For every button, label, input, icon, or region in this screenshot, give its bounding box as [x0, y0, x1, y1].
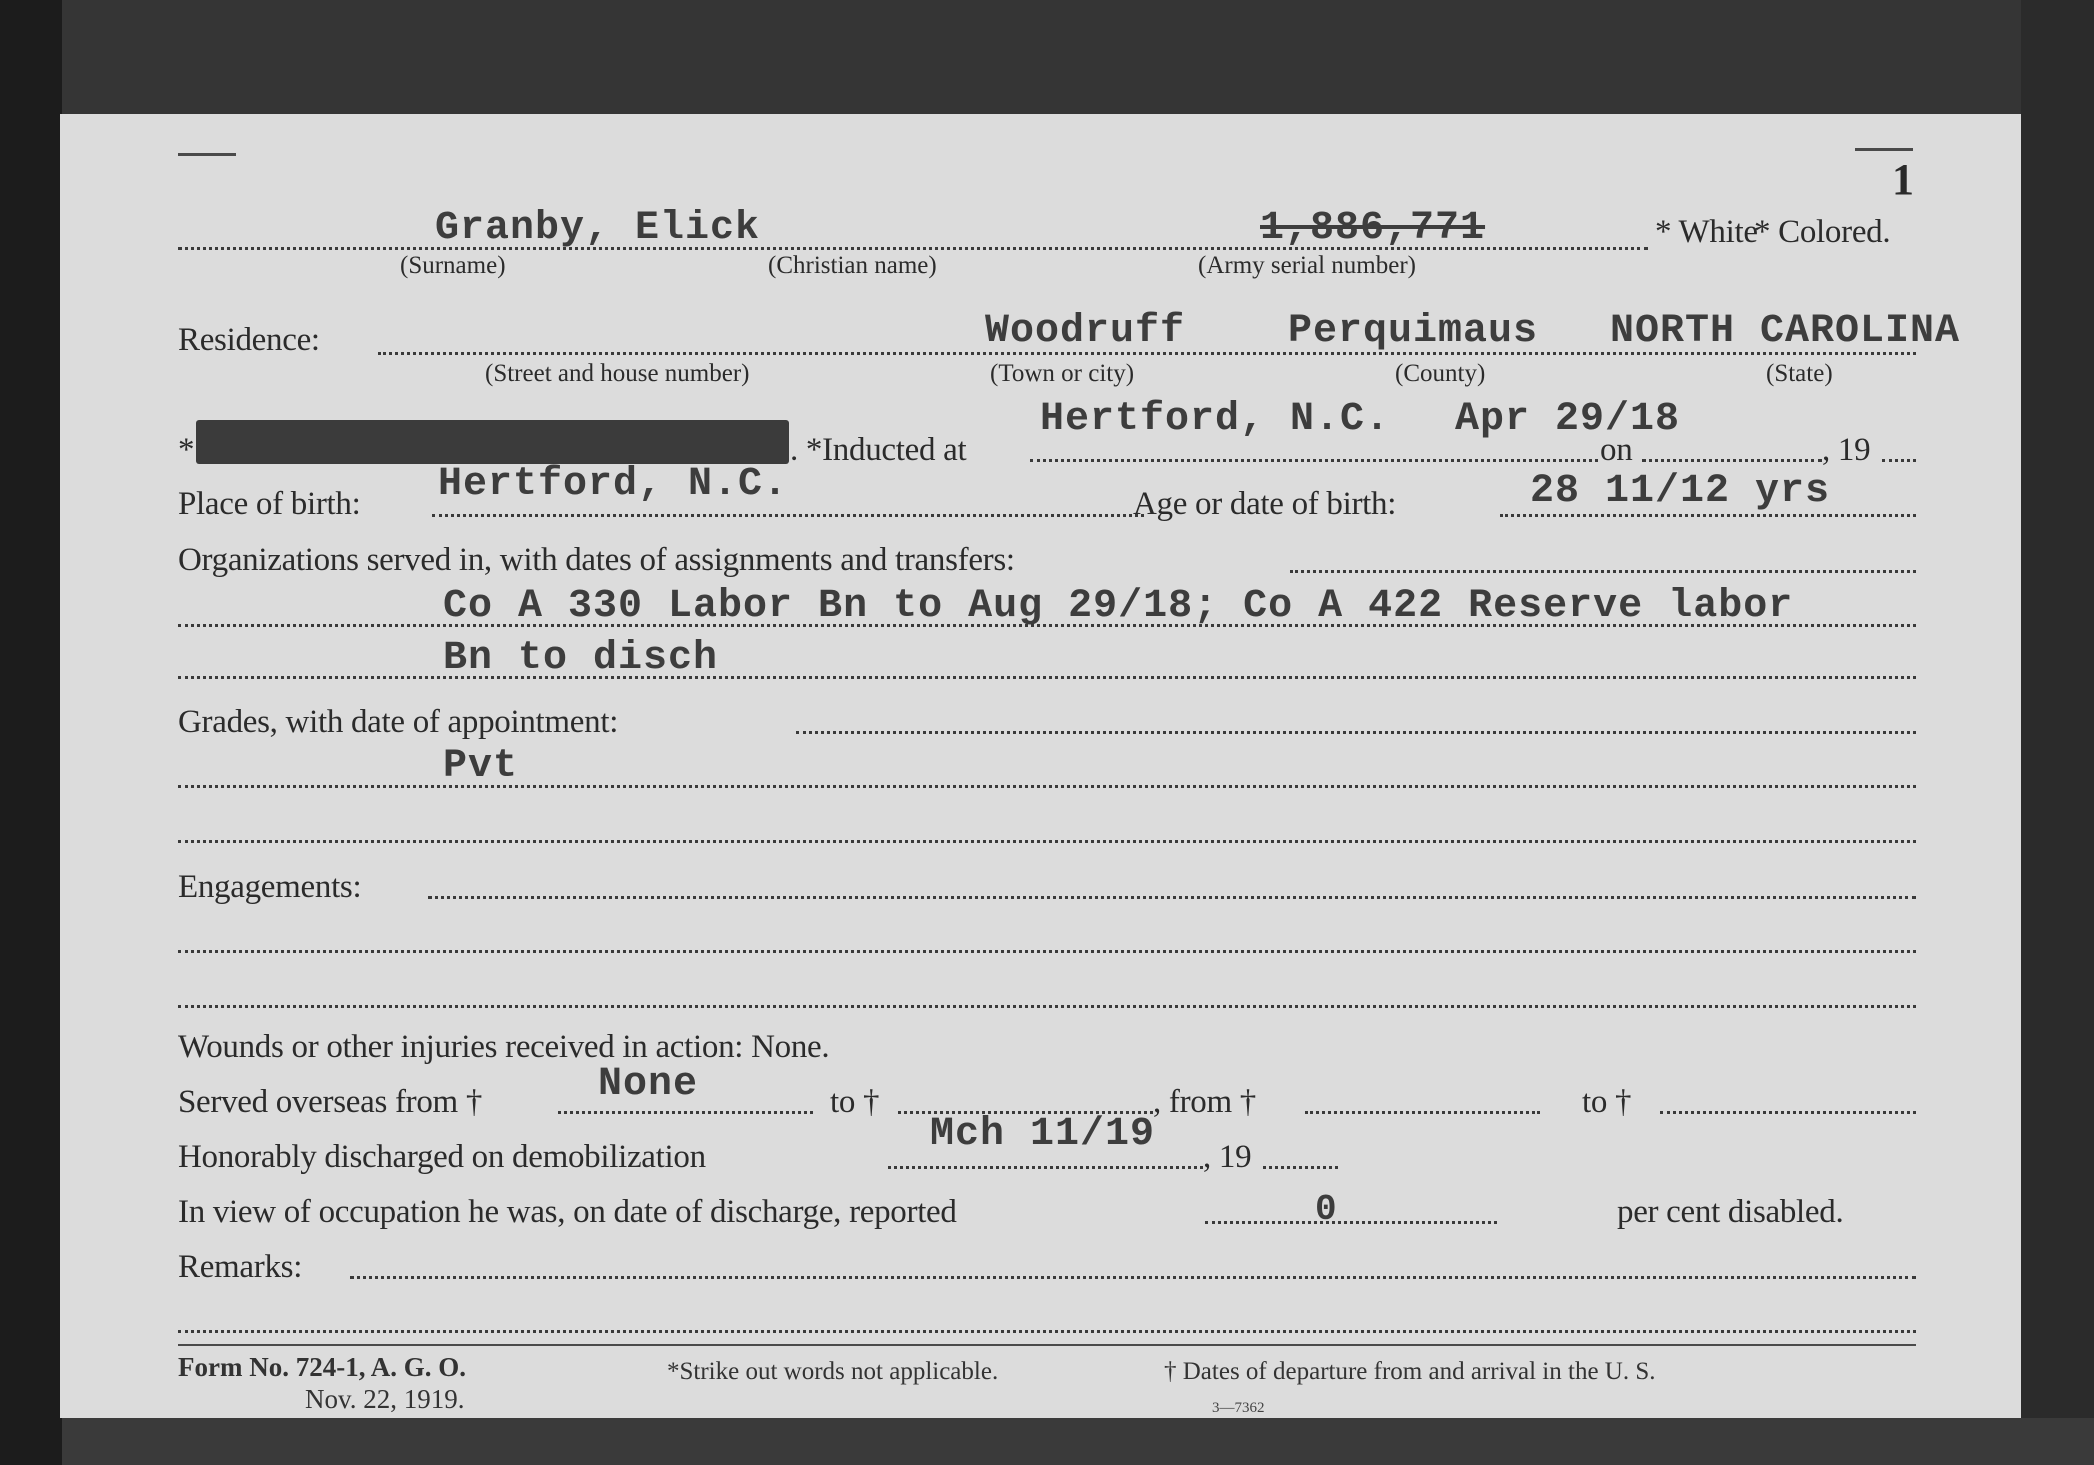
- form-number: Form No. 724-1, A. G. O.: [178, 1352, 466, 1383]
- discharge-date: Mch 11/19: [930, 1112, 1155, 1157]
- disability-suffix: per cent disabled.: [1617, 1194, 1843, 1231]
- town-caption: (Town or city): [990, 360, 1134, 388]
- overseas-to2-line: [1660, 1111, 1916, 1114]
- overseas-from-label: Served overseas from †: [178, 1084, 482, 1121]
- discharge-year-line: [1263, 1166, 1338, 1169]
- disability-line: [1205, 1221, 1497, 1224]
- grades-line-2: [178, 840, 1916, 843]
- residence-line: [378, 352, 1916, 355]
- discharge-year-label: , 19: [1203, 1139, 1251, 1176]
- discharge-label: Honorably discharged on demobilization: [178, 1139, 706, 1176]
- induction-asterisk: *: [178, 432, 194, 469]
- induction-date-line: [1642, 459, 1822, 462]
- overseas-from-line: [558, 1111, 813, 1114]
- organizations-line-2: [178, 676, 1916, 679]
- organization-line-2: Bn to disch: [443, 636, 718, 681]
- wounds-label: Wounds or other injuries received in act…: [178, 1029, 829, 1066]
- scanner-background-bottom: [62, 1418, 2094, 1465]
- grade-value: Pvt: [443, 744, 518, 789]
- induction-place-line: [1030, 459, 1598, 462]
- age-line: [1500, 514, 1916, 517]
- serial-number-caption: (Army serial number): [1198, 252, 1416, 280]
- organizations-label-line: [1290, 570, 1916, 573]
- grades-label: Grades, with date of appointment:: [178, 704, 618, 741]
- place-of-birth-value: Hertford, N.C.: [438, 462, 788, 507]
- place-of-birth-label: Place of birth:: [178, 486, 360, 523]
- scanner-background-top: [62, 0, 2094, 114]
- name-value: Granby, Elick: [435, 206, 760, 251]
- serial-number-value: 1,886,771: [1260, 206, 1485, 251]
- redaction-bar: [196, 420, 789, 464]
- race-option-white: * White: [1655, 214, 1758, 251]
- organization-line-1: Co A 330 Labor Bn to Aug 29/18; Co A 422…: [443, 584, 1793, 629]
- overseas-from2-line: [1305, 1111, 1540, 1114]
- inducted-at-label: . *Inducted at: [790, 432, 966, 469]
- service-record-card: 1 Granby, Elick (Surname) (Christian nam…: [60, 114, 2021, 1418]
- residence-label: Residence:: [178, 322, 320, 359]
- form-date: Nov. 22, 1919.: [305, 1384, 465, 1415]
- page-number: 1: [1892, 154, 1914, 205]
- scanner-left-edge: [0, 0, 62, 1465]
- discharge-line: [888, 1166, 1203, 1169]
- overseas-from2-label: , from †: [1153, 1084, 1256, 1121]
- place-of-birth-line: [432, 514, 1144, 517]
- disability-label: In view of occupation he was, on date of…: [178, 1194, 957, 1231]
- age-value: 28 11/12 yrs: [1530, 469, 1830, 514]
- remarks-line-2: [178, 1330, 1916, 1333]
- scanner-background-right: [2021, 0, 2094, 1465]
- race-option-colored: * Colored.: [1754, 214, 1890, 251]
- on-label: on: [1600, 432, 1632, 469]
- grades-line-1: [178, 785, 1916, 788]
- overseas-from-value: None: [598, 1062, 698, 1107]
- strike-out-note: *Strike out words not applicable.: [667, 1358, 998, 1386]
- induction-year-line: [1882, 459, 1916, 462]
- engagements-label: Engagements:: [178, 869, 361, 906]
- street-caption: (Street and house number): [485, 360, 750, 388]
- christian-name-caption: (Christian name): [768, 252, 937, 280]
- remarks-label: Remarks:: [178, 1249, 302, 1286]
- induction-place: Hertford, N.C.: [1040, 397, 1390, 442]
- corner-mark-left: [178, 153, 236, 156]
- residence-county: Perquimaus: [1288, 309, 1538, 354]
- dates-note: † Dates of departure from and arrival in…: [1164, 1358, 1656, 1386]
- surname-caption: (Surname): [400, 252, 506, 280]
- overseas-to-label: to †: [830, 1084, 879, 1121]
- county-caption: (County): [1395, 360, 1485, 388]
- residence-state: NORTH CAROLINA: [1610, 309, 1960, 354]
- corner-mark-right: [1855, 148, 1913, 151]
- induction-date: Apr 29/18: [1455, 397, 1680, 442]
- overseas-to2-label: to †: [1582, 1084, 1631, 1121]
- engagements-line-2: [178, 950, 1916, 953]
- residence-town: Woodruff: [985, 309, 1185, 354]
- organizations-label: Organizations served in, with dates of a…: [178, 542, 1015, 579]
- age-label: Age or date of birth:: [1133, 486, 1396, 523]
- induction-year-label: , 19: [1822, 432, 1870, 469]
- engagements-line-3: [178, 1005, 1916, 1008]
- print-code: 3—7362: [1212, 1400, 1265, 1417]
- state-caption: (State): [1766, 360, 1833, 388]
- engagements-line-1: [428, 896, 1916, 899]
- organizations-line-1: [178, 624, 1916, 627]
- remarks-line-1: [350, 1276, 1916, 1279]
- footer-rule: [178, 1344, 1916, 1346]
- grades-label-line: [796, 731, 1916, 734]
